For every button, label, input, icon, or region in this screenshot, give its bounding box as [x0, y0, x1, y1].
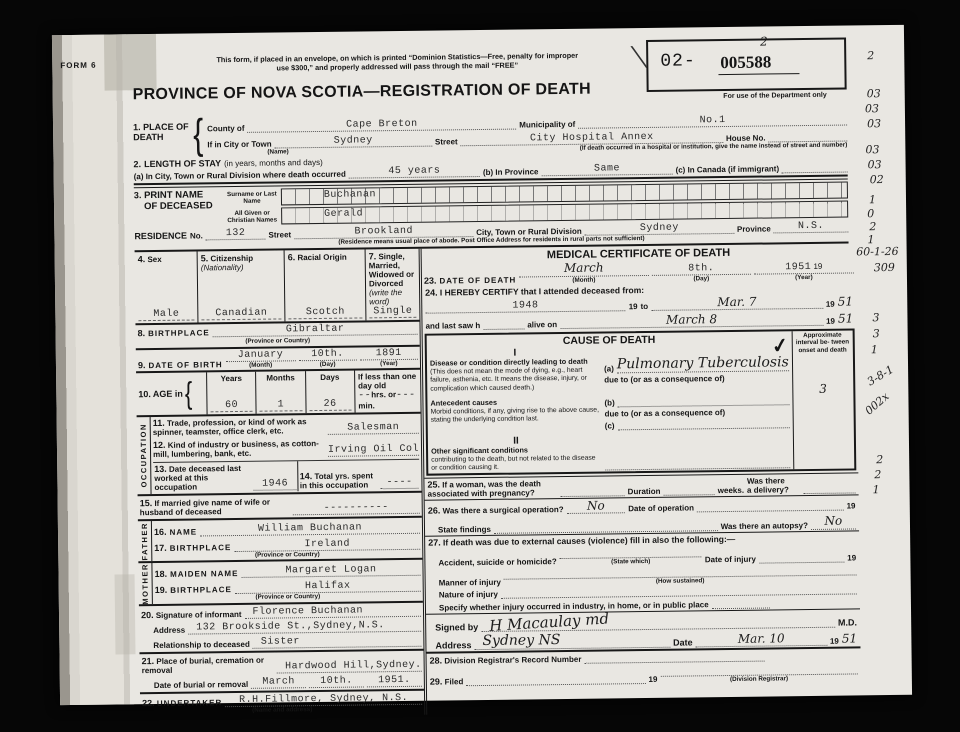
street-label: Street — [435, 137, 458, 146]
operation-date-field — [697, 501, 844, 513]
citizenship-field: Canadian — [201, 308, 281, 321]
margin-note: 002x — [862, 390, 891, 418]
death-certificate-page: FORM 6 This form, if placed in an envelo… — [52, 25, 912, 705]
age-days-cell: Days 26 — [306, 370, 356, 413]
section10-number: 10. — [138, 389, 151, 399]
informant-address-label: Address — [153, 626, 185, 635]
informant-block: 20. Signature of informant Florence Buch… — [139, 603, 424, 654]
pre19-c: 19 — [826, 317, 835, 326]
county-label: County of — [207, 124, 244, 133]
form-columns: 4. Sex Male 5. Citizenship(Nationality) … — [135, 242, 855, 718]
trade-field: Salesman — [328, 421, 419, 434]
section1-number: 1. — [133, 122, 141, 132]
margin-note: 2 — [876, 453, 883, 466]
section20-number: 20. — [141, 610, 154, 620]
pregnancy-label: If a woman, was the death associated wit… — [428, 479, 541, 498]
residence-city-field: Sydney — [585, 222, 734, 236]
last-worked-field: 1946 — [253, 478, 297, 491]
given-names-field: Gerald — [324, 209, 363, 220]
section15-number: 15. — [140, 498, 153, 508]
father-group: FATHER 16. NAME William Buchanan 17. BIR… — [138, 517, 423, 563]
dob-year-field: 1891 — [360, 347, 418, 360]
age-min-field: --- — [396, 390, 416, 401]
citizenship-label: Citizenship — [210, 254, 253, 264]
checkmark-handwritten: ✓ — [770, 332, 790, 359]
other-conditions-label-rest: contributing to the death, but not relat… — [431, 454, 595, 471]
dob-year-sub: (Year) — [360, 359, 418, 367]
birthplace-field: Gibraltar — [213, 323, 418, 338]
death-year-pre: 19 — [813, 261, 822, 270]
citizenship-cell: 5. Citizenship(Nationality) Canadian — [198, 251, 286, 323]
county-field: Cape Breton — [247, 118, 516, 133]
delivery-label1: Was there — [747, 476, 785, 485]
operation-date-label: Date of operation — [628, 504, 694, 514]
due-to-label2: due to (or as a consequence of) — [605, 407, 790, 418]
industry-label: Kind of industry or business, as cotton-… — [153, 439, 319, 459]
signature-block: Signed by H Macaulay md M.D. Address Syd… — [426, 608, 860, 652]
margin-note: 1 — [869, 193, 876, 206]
date-of-death-label: DATE OF DEATH — [439, 275, 516, 285]
filed-field — [466, 674, 645, 686]
nature-label: Nature of injury — [439, 589, 498, 599]
margin-note: 02 — [870, 173, 884, 186]
margin-note: 03 — [867, 117, 881, 130]
attended-from-field: 1948 — [425, 299, 625, 313]
last-saw-date-field: March 8 — [560, 312, 823, 329]
section19-number: 19. — [155, 585, 168, 595]
specify-field — [712, 598, 770, 609]
physician-address-field: Sydney NS — [474, 632, 670, 651]
municipality-label: Municipality of — [519, 120, 575, 130]
registrar-number-label: Division Registrar's Record Number — [444, 655, 581, 666]
form-header: This form, if placed in an envelope, on … — [132, 38, 847, 121]
registration-number-prefix: 02- — [660, 51, 696, 71]
undertaker-block: 22. UNDERTAKER R.H.Fillmore, Sydney, N.S… — [140, 691, 424, 718]
age-days-label: Days — [309, 372, 351, 382]
margin-note: 309 — [874, 261, 895, 274]
residence-prov-label: Province — [737, 225, 771, 234]
occupation-group: OCCUPATION 11. Trade, profession, or kin… — [137, 413, 422, 495]
direct-cause-row: Disease or condition directly leading to… — [430, 355, 789, 393]
cause-b-prefix: (b) — [604, 398, 614, 407]
mother-name-label: MAIDEN NAME — [170, 569, 238, 579]
section8-number: 8. — [138, 329, 146, 339]
delivery-label2: a delivery? — [747, 485, 789, 495]
margin-note: 03 — [865, 143, 879, 156]
section4-number: 4. — [138, 255, 146, 265]
section17-number: 17. — [154, 543, 167, 553]
age-min-label: min. — [358, 401, 375, 410]
racial-origin-field: Scotch — [288, 307, 362, 320]
spouse-row: 15. If married give name of wife or husb… — [138, 492, 422, 520]
pre19-f: 19 — [830, 637, 839, 646]
marital-sub: (write the word) — [369, 288, 402, 306]
racial-origin-label: Racial Origin — [297, 253, 346, 263]
father-name-field: William Buchanan — [200, 521, 420, 536]
print-name-label1: PRINT NAME — [144, 190, 203, 202]
pre19-a: 19 — [629, 302, 638, 311]
signed-date-field: Mar. 10 — [695, 632, 827, 648]
stay-c-label: (c) In Canada (if immigrant) — [675, 165, 779, 175]
section22-number: 22. — [142, 698, 155, 708]
trade-label: Trade, profession, or kind of work as sp… — [153, 417, 307, 437]
dob-label: DATE OF BIRTH — [148, 360, 222, 370]
section12-number: 12. — [153, 440, 166, 450]
burial-place-row: 21. Place of burial, cremation or remova… — [142, 653, 422, 675]
sex-citizenship-row: 4. Sex Male 5. Citizenship(Nationality) … — [135, 249, 420, 325]
filed-label: Filed — [445, 678, 464, 687]
birthplace-label: BIRTHPLACE — [148, 329, 210, 339]
mother-group: MOTHER 18. MAIDEN NAME Margaret Logan 19… — [138, 560, 423, 607]
operation-field: No — [567, 499, 626, 514]
section11-number: 11. — [153, 418, 165, 428]
section1-label: PLACE OF DEATH — [133, 122, 189, 143]
mother-name-row: 18. MAIDEN NAME Margaret Logan — [154, 564, 420, 579]
father-name-row: 16. NAME William Buchanan — [154, 521, 420, 536]
antecedent-row: Antecedent causes Morbid conditions, if … — [430, 395, 789, 432]
margin-note: 03 — [868, 158, 882, 171]
age-row: 10. AGE in { Years 60 Months 1 — [136, 367, 421, 416]
due-to-label1: due to (or as a consequence of) — [604, 374, 789, 385]
father-birthplace-label: BIRTHPLACE — [170, 543, 232, 553]
duration-label: Duration — [628, 487, 661, 496]
medical-column: MEDICAL CERTIFICATE OF DEATH 23. DATE OF… — [422, 244, 861, 714]
physician-signature: H Macaulay md — [481, 610, 835, 632]
father-vertical-label: FATHER — [138, 521, 152, 561]
section6-number: 6. — [288, 253, 296, 263]
age-hrs-label: hrs. or — [371, 390, 396, 399]
section-place-of-death: 1. PLACE OF DEATH { County of Cape Breto… — [133, 114, 847, 158]
margin-note: 0 — [867, 207, 874, 220]
brace-icon: { — [193, 121, 203, 156]
informant-relationship-row: Relationship to deceased Sister — [141, 635, 421, 650]
dob-day-field: 10th. — [298, 348, 356, 361]
burial-block: 21. Place of burial, cremation or remova… — [140, 651, 424, 694]
dob-month-field: January — [225, 349, 295, 362]
margin-note: 3 — [873, 327, 880, 340]
duration-field — [663, 485, 714, 496]
physician-address-label: Address — [435, 641, 471, 651]
industry-row: 12. Kind of industry or business, as cot… — [153, 436, 419, 458]
residence-no-label: No. — [190, 232, 203, 241]
other-conditions-row: Other significant conditions contributin… — [431, 443, 790, 473]
burial-place-label: Place of burial, cremation or removal — [142, 656, 264, 675]
municipality-field: No.1 — [578, 114, 847, 129]
section7-number: 7. — [369, 252, 377, 262]
registration-number-box: 02- 005588 2 — [646, 38, 847, 92]
other-conditions-field — [605, 443, 790, 471]
dob-month-sub: (Month) — [226, 361, 296, 369]
margin-note: 3-8-1 — [864, 363, 895, 389]
margin-note: 1 — [872, 483, 879, 496]
dob-day-sub: (Day) — [299, 360, 357, 368]
age-hours-cell: If less than one day old --hrs. or---min… — [355, 369, 421, 412]
death-month-field: March — [519, 261, 649, 277]
father-birthplace-field: Ireland — [234, 537, 420, 551]
house-no-label: House No. — [726, 134, 766, 143]
pre19-g: 19 — [648, 675, 657, 684]
section24-number: 24. — [425, 287, 438, 297]
age-hrs-field: -- — [358, 390, 371, 401]
nature-field — [501, 584, 857, 598]
pronoun-blank — [483, 320, 524, 331]
burial-place-field: Hardwood Hill,Sydney. — [277, 660, 422, 674]
informant-field: Florence Buchanan — [244, 605, 421, 619]
division-registrar-sub: (Division Registrar) — [660, 675, 857, 684]
undertaker-label: UNDERTAKER — [157, 699, 223, 709]
registrar-number-field — [584, 652, 764, 664]
surname-field: Buchanan — [324, 190, 376, 202]
section5-number: 5. — [201, 254, 209, 264]
age-years-field: 60 — [210, 400, 252, 413]
burial-date-label: Date of burial or removal — [154, 680, 248, 690]
certify-label: I HEREBY CERTIFY that I attended decease… — [440, 285, 644, 297]
residence-label: RESIDENCE — [134, 231, 187, 242]
city-label: If in City or Town — [207, 140, 271, 150]
residence-prov-field: N.S. — [774, 221, 849, 234]
findings-label: State findings — [438, 524, 491, 534]
mother-birthplace-label: BIRTHPLACE — [170, 585, 232, 595]
margin-note: 60-1-26 — [856, 245, 899, 259]
antecedent-label-rest: Morbid conditions, if any, giving rise t… — [431, 406, 599, 423]
relationship-field: Sister — [253, 635, 422, 649]
antecedent-label: Antecedent causes — [430, 397, 497, 407]
informant-address-field: 132 Brookside St.,Sydney,N.S. — [188, 620, 421, 635]
stay-a-label: (a) In City, Town or Rural Division wher… — [134, 170, 346, 182]
last-saw-label1: and last saw h — [425, 321, 480, 331]
section16-number: 16. — [154, 527, 167, 537]
section28-number: 28. — [430, 656, 443, 666]
section27-number: 27. — [428, 537, 441, 547]
mother-birthplace-field: Halifax — [235, 580, 421, 594]
informant-signature-row: 20. Signature of informant Florence Buch… — [141, 605, 421, 620]
attended-to-field: Mar. 7 — [651, 294, 823, 310]
total-years-field: ---- — [381, 476, 419, 488]
to-label: to — [641, 302, 649, 311]
section26-number: 26. — [428, 506, 441, 516]
stay-b-label: (b) In Province — [483, 168, 539, 178]
trade-row: 11. Trade, profession, or kind of work a… — [153, 414, 419, 436]
surname-caption: Surname or Last Name — [226, 190, 278, 205]
signed-date-label: Date — [673, 638, 693, 648]
operation-block: 26. Was there a surgical operation? No D… — [425, 495, 859, 536]
sex-field: Male — [138, 309, 194, 322]
section13-number: 13. — [154, 464, 167, 474]
last-saw-label2: alive on — [527, 320, 557, 329]
autopsy-label: Was there an autopsy? — [721, 521, 808, 531]
direct-cause-label: Disease or condition directly leading to… — [430, 357, 588, 368]
section21-number: 21. — [142, 656, 155, 666]
cause-c-field — [617, 418, 789, 430]
stay-c-field — [782, 163, 848, 174]
pregnancy-field — [561, 486, 625, 497]
mother-name-field: Margaret Logan — [241, 564, 420, 578]
external-causes-label: If death was due to external causes (vio… — [443, 533, 735, 547]
last-worked-row: 13. Date deceased last worked at this oc… — [153, 458, 419, 492]
cause-of-death-box: ✓ CAUSE OF DEATH I Disease or condition … — [425, 328, 856, 475]
personal-column: 4. Sex Male 5. Citizenship(Nationality) … — [135, 249, 428, 718]
accident-sub: (State which) — [560, 557, 702, 566]
marital-status-cell: 7. Single, Married, Widowed or Divorced … — [366, 249, 420, 321]
certify-block: 24. I HEREBY CERTIFY that I attended dec… — [422, 281, 856, 332]
informant-address-row: Address 132 Brookside St.,Sydney,N.S. — [141, 620, 421, 635]
cause-title: CAUSE OF DEATH — [430, 332, 789, 348]
cause-c-prefix: (c) — [605, 421, 615, 430]
weeks-label: weeks. — [718, 486, 744, 495]
burial-date-row: Date of burial or removal March 10th. 19… — [142, 675, 422, 690]
relationship-label: Relationship to deceased — [153, 640, 250, 650]
injury-date-label: Date of injury — [705, 554, 756, 564]
stay-b-field: Same — [541, 163, 672, 177]
injury-date-field — [759, 552, 844, 563]
last-worked-label: Date deceased last worked at this occupa… — [154, 464, 241, 492]
age-months-field: 1 — [260, 399, 302, 412]
margin-note: 03 — [867, 87, 881, 100]
informant-label: Signature of informant — [156, 610, 242, 620]
margin-note: 2 — [867, 49, 874, 62]
section25-number: 25. — [427, 480, 440, 490]
burial-year-field: 1951. — [367, 675, 422, 688]
section23-number: 23. — [424, 275, 437, 285]
given-names-caption: All Given or Christian Names — [226, 209, 278, 224]
undertaker-field: R.H.Fillmore, Sydney, N.S. — [225, 693, 422, 707]
marital-field: Single — [369, 306, 416, 319]
age-less-label: If less than one day old — [358, 371, 417, 390]
residence-street-label: Street — [268, 231, 291, 240]
spouse-label: If married give name of wife or husband … — [140, 497, 270, 517]
length-of-stay-sub: (in years, months and days) — [224, 158, 323, 168]
mother-vertical-label: MOTHER — [138, 563, 153, 605]
operation-label: Was there a surgical operation? — [442, 505, 563, 515]
interval-a-value: 3 — [794, 381, 852, 396]
filed-row: 29. Filed 19 (Division Registrar) — [427, 663, 861, 689]
pre19-b: 19 — [826, 300, 835, 309]
age-label: AGE in — [153, 388, 183, 398]
interval-header: Approximate interval be- tween onset and… — [793, 332, 851, 354]
form-title: PROVINCE OF NOVA SCOTIA—REGISTRATION OF … — [133, 81, 591, 105]
sex-cell: 4. Sex Male — [135, 252, 199, 324]
accident-label: Accident, suicide or homicide? — [438, 557, 556, 567]
margin-note: 1 — [871, 343, 878, 356]
section2-number: 2. — [133, 159, 141, 169]
age-days-field: 26 — [309, 398, 351, 411]
citizenship-sub: (Nationality) — [201, 263, 244, 273]
margin-note: 2 — [869, 220, 876, 233]
print-name-label2: OF DECEASED — [144, 201, 213, 213]
brace-icon: { — [185, 379, 193, 407]
section-print-name: 3. PRINT NAME OF DECEASED Surname or Las… — [134, 182, 848, 227]
spouse-field: ---------- — [293, 501, 420, 515]
father-name-label: NAME — [169, 527, 197, 536]
cause-b-field — [618, 395, 790, 407]
death-year-field: 1951 — [785, 262, 811, 273]
section18-number: 18. — [154, 569, 167, 579]
pen-stroke — [604, 46, 648, 68]
industry-field: Irving Oil Col — [328, 443, 419, 456]
age-months-label: Months — [259, 373, 301, 383]
age-years-label: Years — [210, 374, 252, 384]
residence-no-field: 132 — [206, 228, 266, 241]
form-number-label: FORM 6 — [60, 61, 96, 70]
death-year-sub: (Year) — [754, 273, 854, 281]
tape-patch — [115, 574, 136, 654]
mail-notice: This form, if placed in an envelope, on … — [187, 50, 607, 74]
other-conditions-label: Other significant conditions — [431, 445, 528, 455]
section3-number: 3. — [134, 190, 142, 200]
registration-form: This form, if placed in an envelope, on … — [132, 38, 854, 718]
length-of-stay-label: LENGTH OF STAY — [144, 158, 221, 169]
section29-number: 29. — [430, 677, 443, 687]
age-years-cell: Years 60 — [206, 371, 257, 414]
burial-day-field: 10th. — [309, 676, 364, 689]
external-causes-block: 27. If death was due to external causes … — [425, 530, 860, 613]
registration-number: 005588 — [718, 52, 799, 75]
city-field: Sydney — [275, 135, 433, 149]
margin-annotations: 2 03 03 03 03 03 02 1 0 2 1 60-1-26 309 … — [842, 25, 910, 696]
department-only-note: For use of the Department only — [723, 92, 827, 100]
margin-note: 2 — [874, 468, 881, 481]
age-months-cell: Months 1 — [256, 371, 306, 414]
section14-number: 14. — [300, 471, 313, 481]
cause-a-prefix: (a) — [604, 365, 614, 374]
death-day-sub: (Day) — [652, 274, 752, 282]
manner-label: Manner of injury — [439, 577, 501, 587]
interval-column: Approximate interval be- tween onset and… — [791, 331, 854, 470]
handwritten-correction: 2 — [760, 34, 768, 48]
section9-number: 9. — [138, 360, 146, 370]
burial-month-field: March — [251, 677, 306, 690]
sex-label: Sex — [147, 255, 161, 264]
cause-a-field: Pulmonary Tuberculosis — [617, 355, 789, 373]
margin-note: 03 — [865, 102, 879, 115]
direct-cause-label-rest: (This does not mean the mode of dying, e… — [430, 367, 587, 392]
signed-by-label: Signed by — [435, 622, 478, 633]
occupation-vertical-label: OCCUPATION — [137, 417, 152, 494]
racial-origin-cell: 6. Racial Origin Scotch — [285, 250, 367, 322]
name-caption: (Name) — [267, 148, 288, 155]
margin-note: 3 — [872, 311, 879, 324]
stay-a-field: 45 years — [349, 165, 480, 179]
